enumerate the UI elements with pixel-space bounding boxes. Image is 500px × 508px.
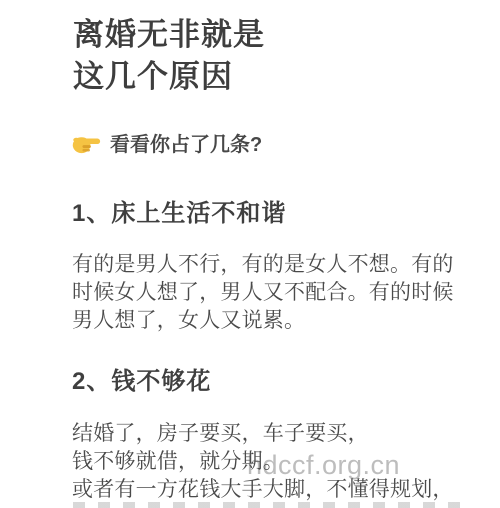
body-line: 钱不够就借，就分期。 — [72, 448, 454, 476]
prompt-line: 看看你占了几条? — [71, 128, 262, 157]
section-2-heading: 2、钱不够花 — [72, 361, 211, 396]
body-line: 结婚了，房子要买，车子要买， — [72, 420, 454, 448]
text-post-card: 离婚无非就是 这几个原因 看看你占了几条? 1、床上生活不和谐 有的是男人不行，… — [0, 0, 500, 508]
body-line: 时候女人想了，男人又不配合。有的时候 — [72, 279, 454, 307]
page-title: 离婚无非就是 这几个原因 — [73, 14, 265, 98]
body-line: 或者有一方花钱大手大脚，不懂得规划， — [72, 476, 454, 504]
clipped-next-line — [73, 502, 461, 508]
body-line: 有的是男人不行，有的是女人不想。有的 — [72, 251, 454, 279]
section-2-body: 结婚了，房子要买，车子要买， 钱不够就借，就分期。 或者有一方花钱大手大脚，不懂… — [72, 420, 454, 504]
pointing-finger-icon — [71, 131, 101, 154]
section-1-heading: 1、床上生活不和谐 — [72, 193, 286, 228]
body-line: 男人想了，女人又说累。 — [72, 307, 454, 335]
prompt-text: 看看你占了几条? — [110, 128, 262, 157]
page-title-line-1: 离婚无非就是 — [73, 14, 265, 56]
section-1-body: 有的是男人不行，有的是女人不想。有的 时候女人想了，男人又不配合。有的时候 男人… — [72, 251, 454, 335]
page-title-line-2: 这几个原因 — [73, 56, 265, 98]
